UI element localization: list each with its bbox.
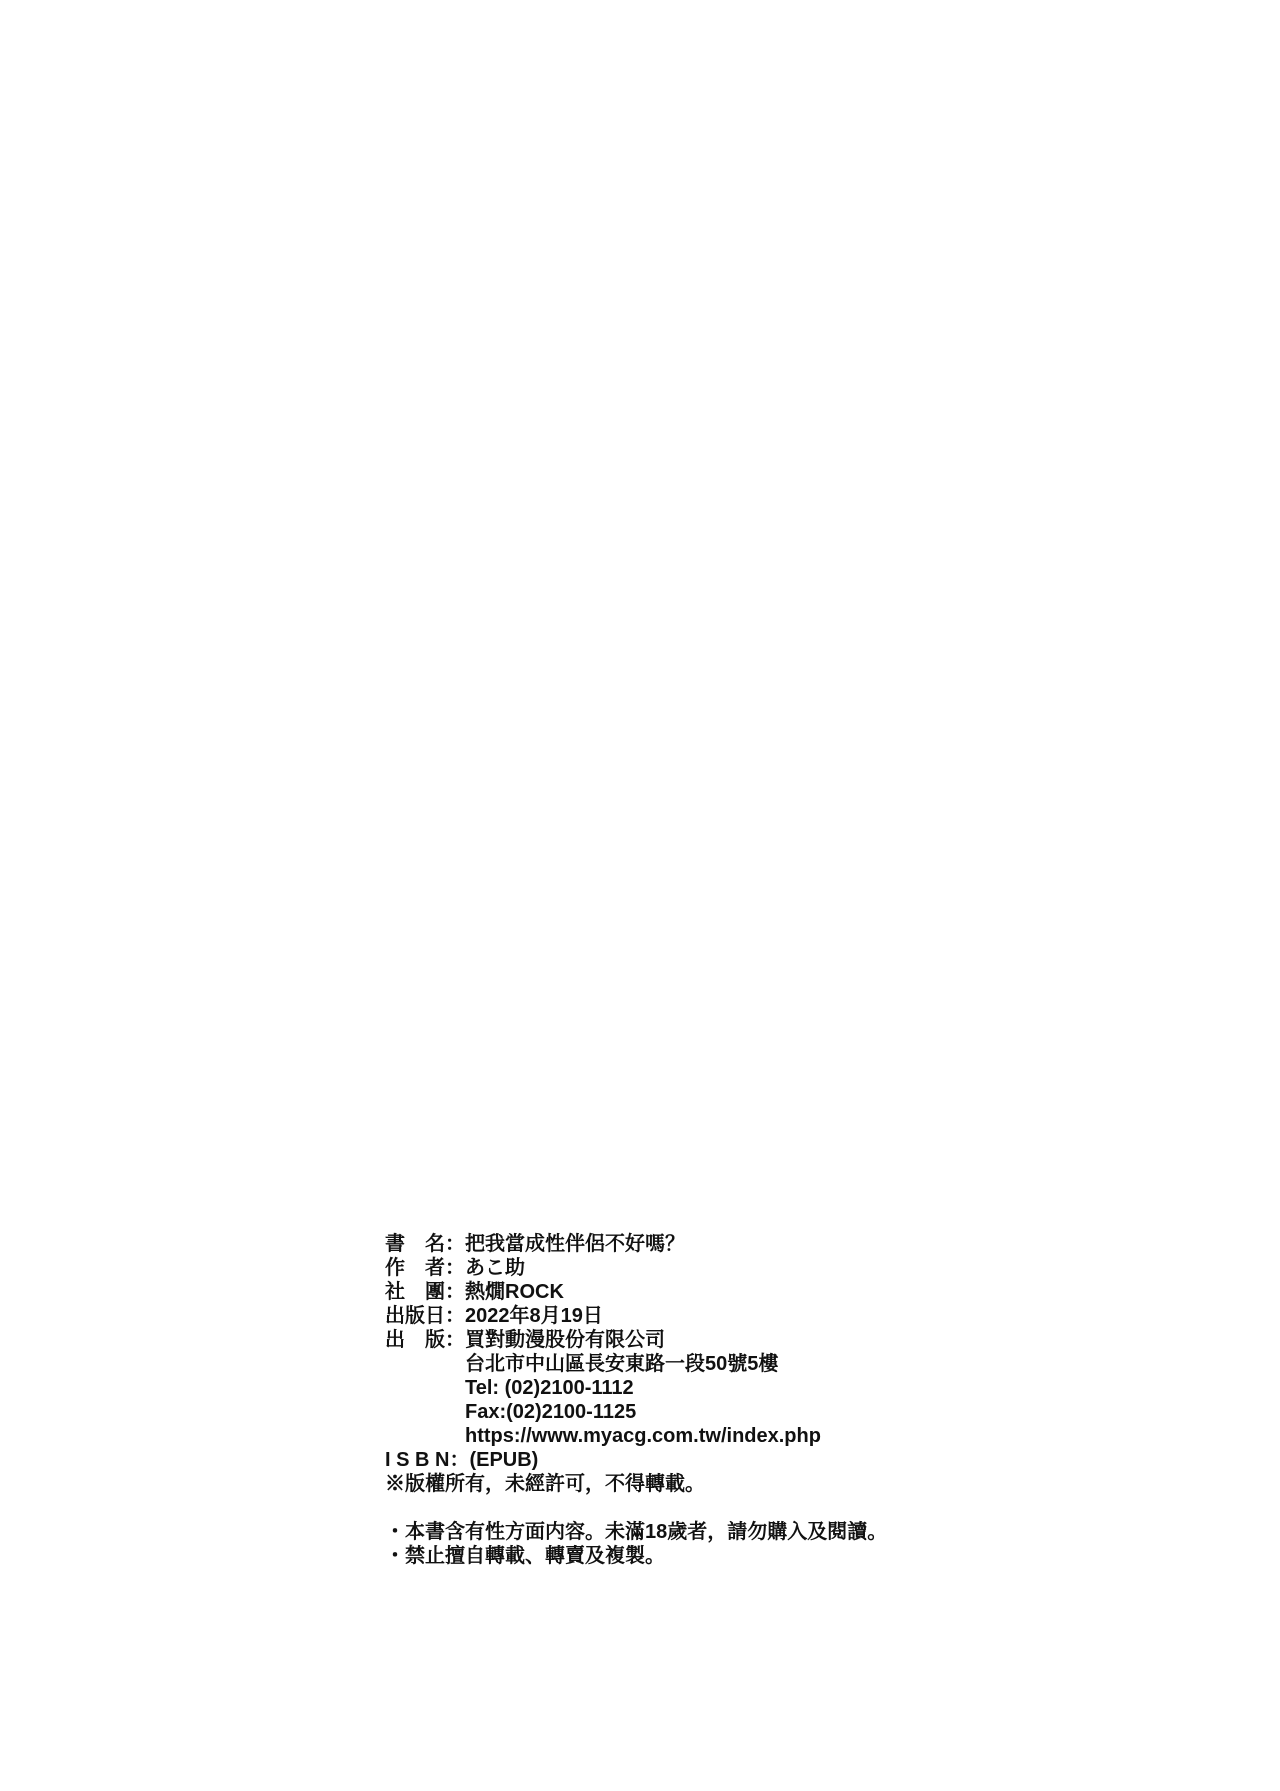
bullet-icon: ・ — [385, 1544, 405, 1568]
bullet-icon: ・ — [385, 1520, 405, 1544]
row-label: I S B N — [385, 1448, 449, 1472]
row-publisher: 出 版：買對動漫股份有限公司 — [385, 1328, 887, 1352]
row-label: 出 版 — [385, 1328, 445, 1352]
row-publisher-tel: Tel: (02)2100-1112 — [385, 1376, 887, 1400]
row-value: https://www.myacg.com.tw/index.php — [465, 1424, 821, 1448]
notice-text: 禁止擅自轉載、轉賣及複製。 — [405, 1545, 665, 1567]
row-value: Tel: (02)2100-1112 — [465, 1376, 634, 1400]
colophon-block: 書 名：把我當成性伴侶不好嗎？ 作 者：あこ助 社 團：熱燗ROCK 出版日：2… — [385, 1232, 887, 1568]
row-book-title: 書 名：把我當成性伴侶不好嗎？ — [385, 1232, 887, 1256]
row-colon: ： — [445, 1232, 465, 1256]
row-copyright: ※版權所有，未經許可，不得轉載。 — [385, 1472, 887, 1496]
row-label: 書 名 — [385, 1232, 445, 1256]
row-author: 作 者：あこ助 — [385, 1256, 887, 1280]
row-colon: ： — [445, 1328, 465, 1352]
row-circle: 社 團：熱燗ROCK — [385, 1280, 887, 1304]
row-colon: ： — [445, 1256, 465, 1280]
row-value: Fax:(02)2100-1125 — [465, 1400, 636, 1424]
row-colon: ： — [449, 1448, 469, 1472]
row-value: (EPUB) — [469, 1449, 538, 1471]
notice-no-reproduction: ・禁止擅自轉載、轉賣及複製。 — [385, 1544, 887, 1568]
row-publisher-website: https://www.myacg.com.tw/index.php — [385, 1424, 887, 1448]
row-publish-date: 出版日：2022年8月19日 — [385, 1304, 887, 1328]
row-colon: ： — [445, 1304, 465, 1328]
row-value: ※版權所有，未經許可，不得轉載。 — [385, 1473, 705, 1495]
row-publisher-fax: Fax:(02)2100-1125 — [385, 1400, 887, 1424]
row-value: 把我當成性伴侶不好嗎？ — [465, 1233, 685, 1255]
row-value: 買對動漫股份有限公司 — [465, 1329, 665, 1351]
row-publisher-address: 台北市中山區長安東路一段50號5樓 — [385, 1352, 887, 1376]
row-value: あこ助 — [465, 1257, 525, 1279]
row-label: 出版日 — [385, 1304, 445, 1328]
row-value: 熱燗ROCK — [465, 1281, 564, 1303]
row-value: 2022年8月19日 — [465, 1305, 603, 1327]
row-colon: ： — [445, 1280, 465, 1304]
notice-adult-content: ・本書含有性方面内容。未滿18歲者，請勿購入及閱讀。 — [385, 1520, 887, 1544]
row-label: 作 者 — [385, 1256, 445, 1280]
row-value: 台北市中山區長安東路一段50號5樓 — [465, 1352, 778, 1376]
notice-list: ・本書含有性方面内容。未滿18歲者，請勿購入及閱讀。 ・禁止擅自轉載、轉賣及複製… — [385, 1520, 887, 1568]
row-isbn: I S B N：(EPUB) — [385, 1448, 887, 1472]
row-label: 社 團 — [385, 1280, 445, 1304]
notice-text: 本書含有性方面内容。未滿18歲者，請勿購入及閱讀。 — [405, 1521, 887, 1543]
